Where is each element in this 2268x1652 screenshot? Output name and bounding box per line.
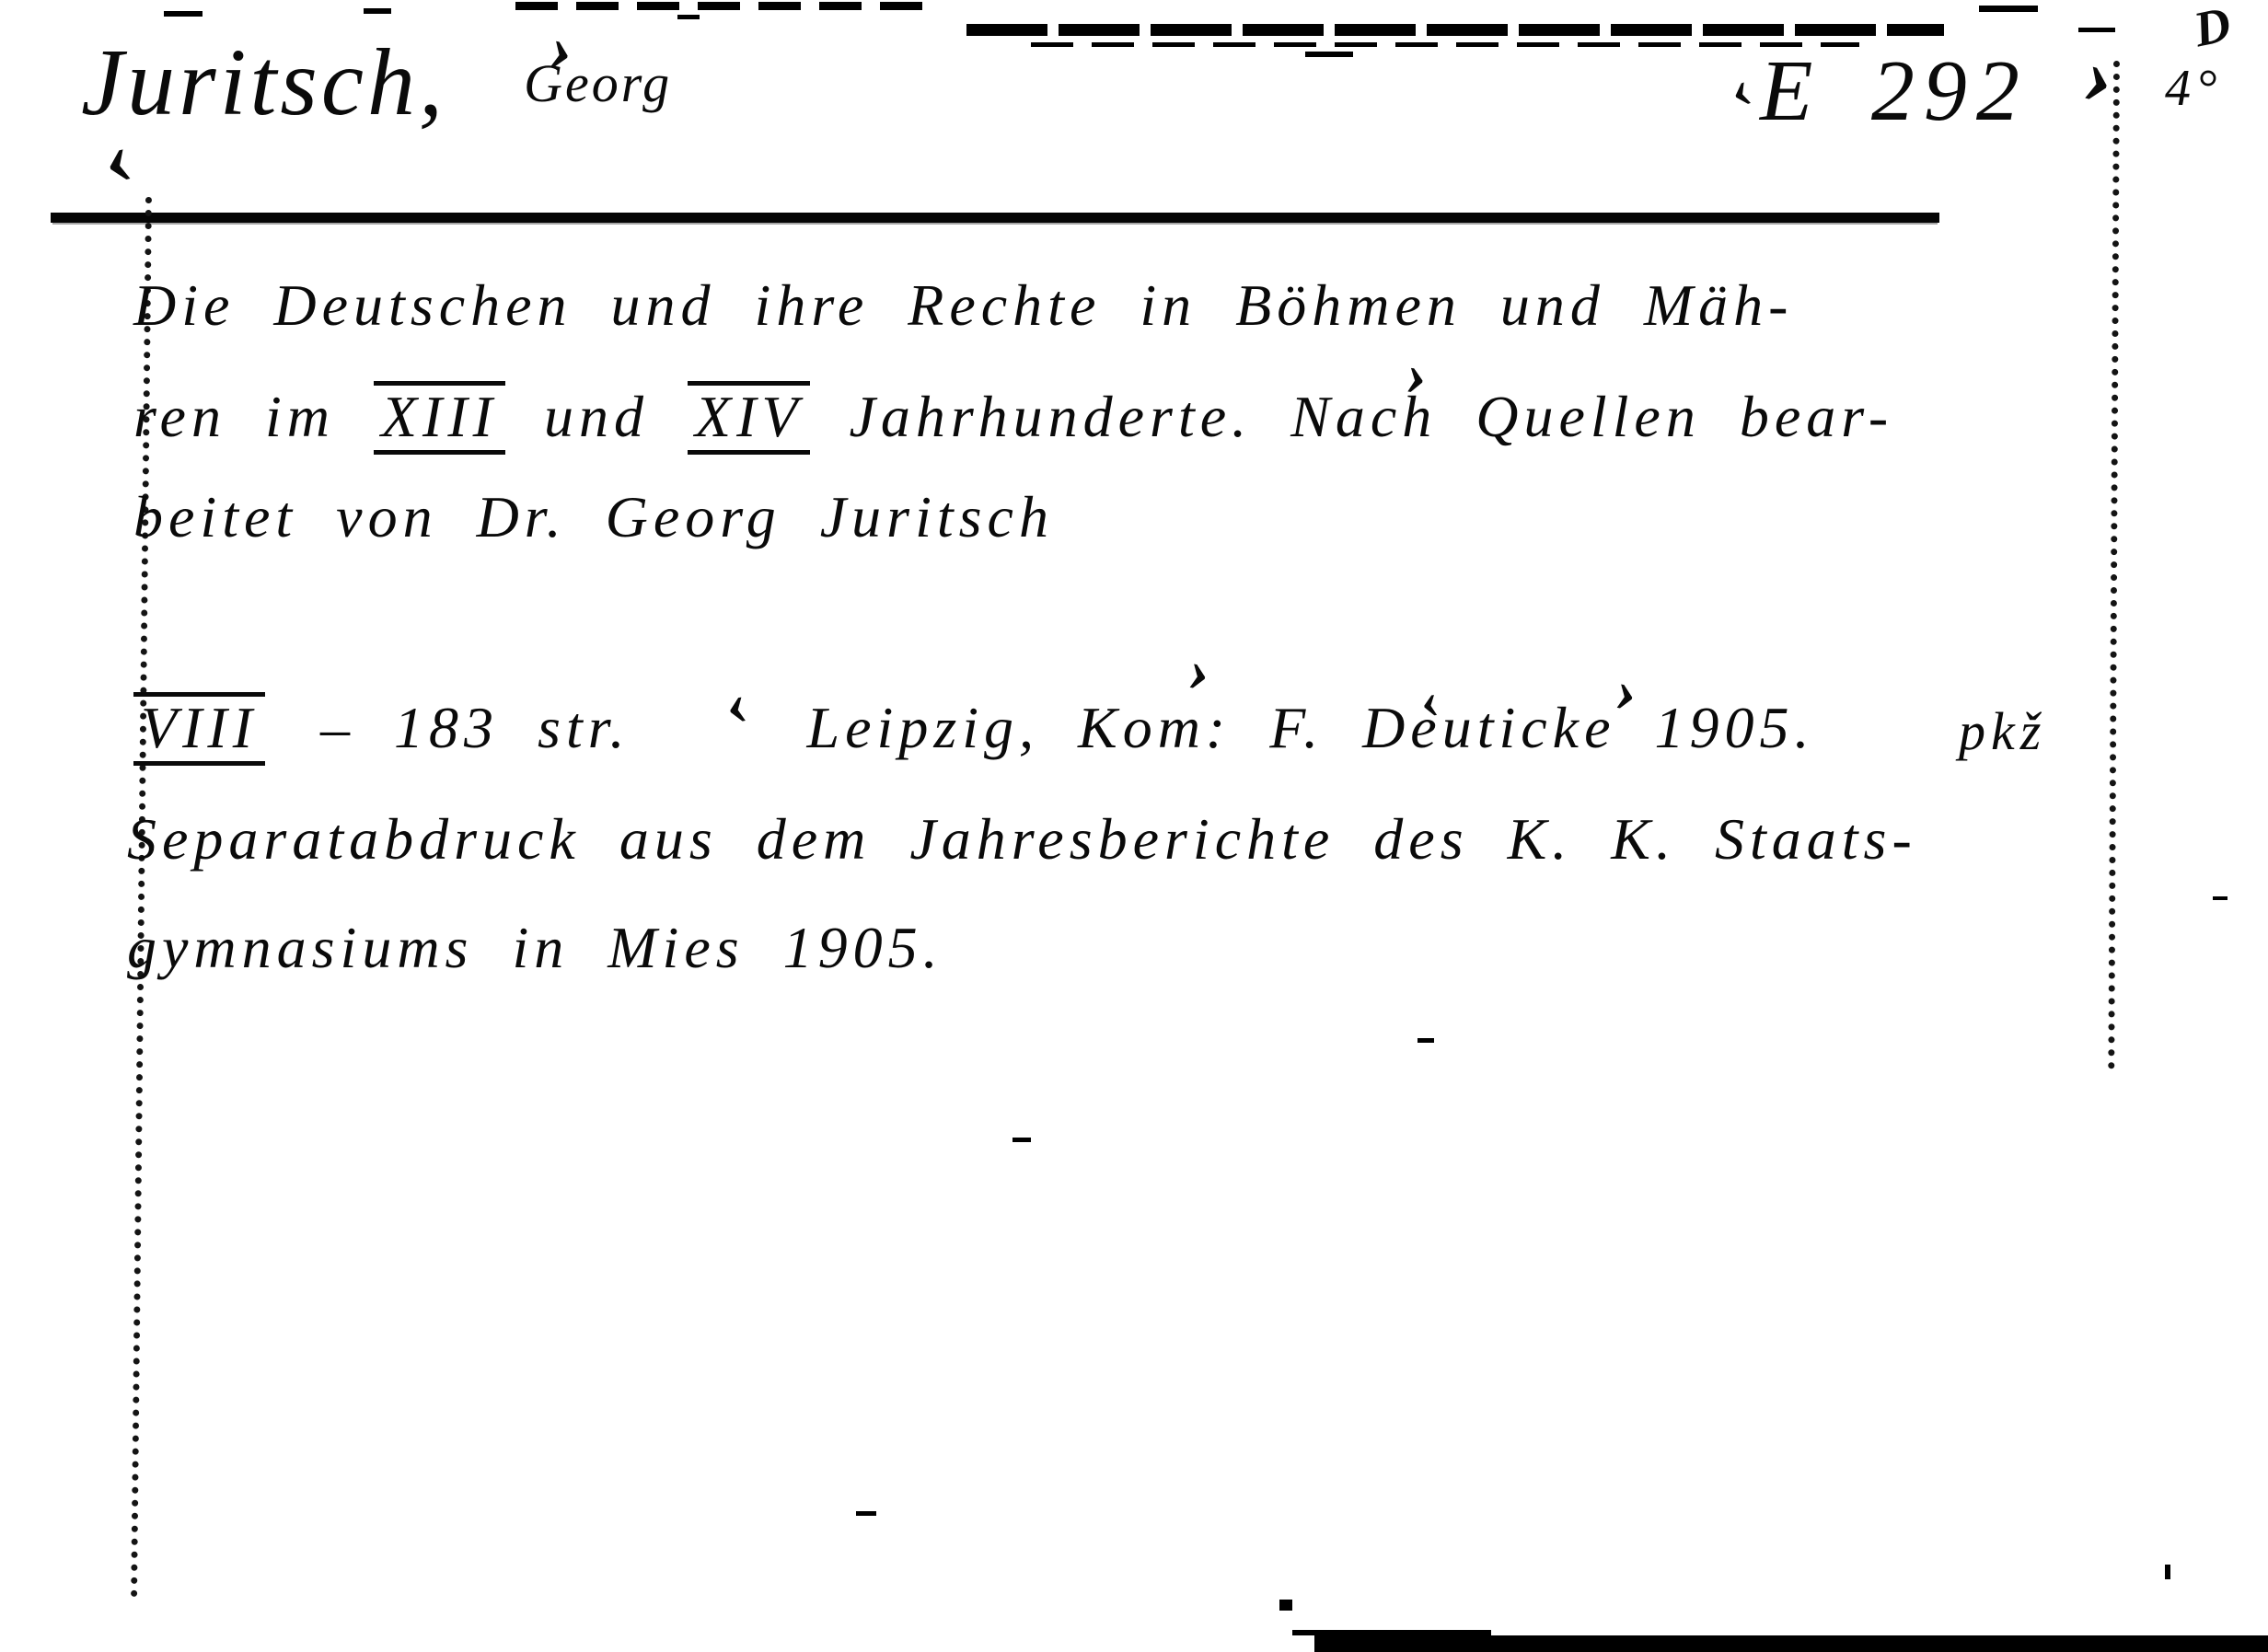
collation-line: VIII – 183 str. Leipzig, Kom: F. Deutick… xyxy=(133,692,1814,766)
page-count: – 183 str. xyxy=(320,695,631,760)
imprint: Leipzig, Kom: F. Deuticke 1905. xyxy=(807,695,1815,760)
right-margin-dotted-line xyxy=(2108,61,2120,1069)
title-line-2-post: Jahrhunderte. Nach Quellen bear- xyxy=(849,384,1893,449)
author-heading: Juritsch, Georg xyxy=(81,35,672,131)
scan-speck xyxy=(1279,1600,1292,1611)
title-line-3: beitet von Dr. Georg Juritsch xyxy=(133,488,1054,547)
scan-noise-dash xyxy=(1305,52,1353,57)
scan-speck xyxy=(2213,896,2227,900)
note-line-2: gymnasiums in Mies 1905. xyxy=(127,918,943,977)
note-line-1: Separatabdruck aus dem Jahresberichte de… xyxy=(127,810,1917,869)
scan-noise-top-band-2 xyxy=(1031,42,1859,47)
roman-numeral-xiv: XIV xyxy=(688,381,811,455)
roman-numeral-viii: VIII xyxy=(133,692,265,766)
title-line-1: Die Deutschen und ihre Rechte in Böhmen … xyxy=(133,276,1793,335)
scan-bar-bottom xyxy=(1314,1635,2268,1652)
caret-mark: ‹ xyxy=(1722,59,1758,119)
shelfmark: E 292 xyxy=(1760,48,2029,134)
scan-speck xyxy=(2165,1565,2170,1579)
format-mark: 4° xyxy=(2165,63,2222,114)
corner-scribble: D xyxy=(2190,0,2235,54)
title-line-2-pre: ren im xyxy=(133,384,335,449)
catalog-card-scan: ‹ Juritsch, Georg › ‹ E 292 › 4° D Die D… xyxy=(0,0,2268,1652)
scan-speck xyxy=(856,1511,876,1516)
title-line-2-mid: und xyxy=(544,384,649,449)
header-rule xyxy=(51,213,1939,223)
roman-numeral-xiii: XIII xyxy=(374,381,505,455)
scan-noise-dash xyxy=(164,11,202,17)
librarian-annotation: pkž xyxy=(1959,705,2046,758)
scan-noise-dash xyxy=(1979,6,2038,12)
scan-speck xyxy=(1417,1038,1434,1043)
scan-speck xyxy=(1012,1138,1031,1142)
scan-noise-top-band xyxy=(966,24,1944,36)
scan-noise-dash xyxy=(364,8,391,14)
author-surname: Juritsch, xyxy=(81,29,446,135)
title-line-2: ren im XIII und XIV Jahrhunderte. Nach Q… xyxy=(133,381,1893,455)
scan-noise-top-left xyxy=(515,2,930,10)
scan-noise-dash xyxy=(677,15,700,19)
